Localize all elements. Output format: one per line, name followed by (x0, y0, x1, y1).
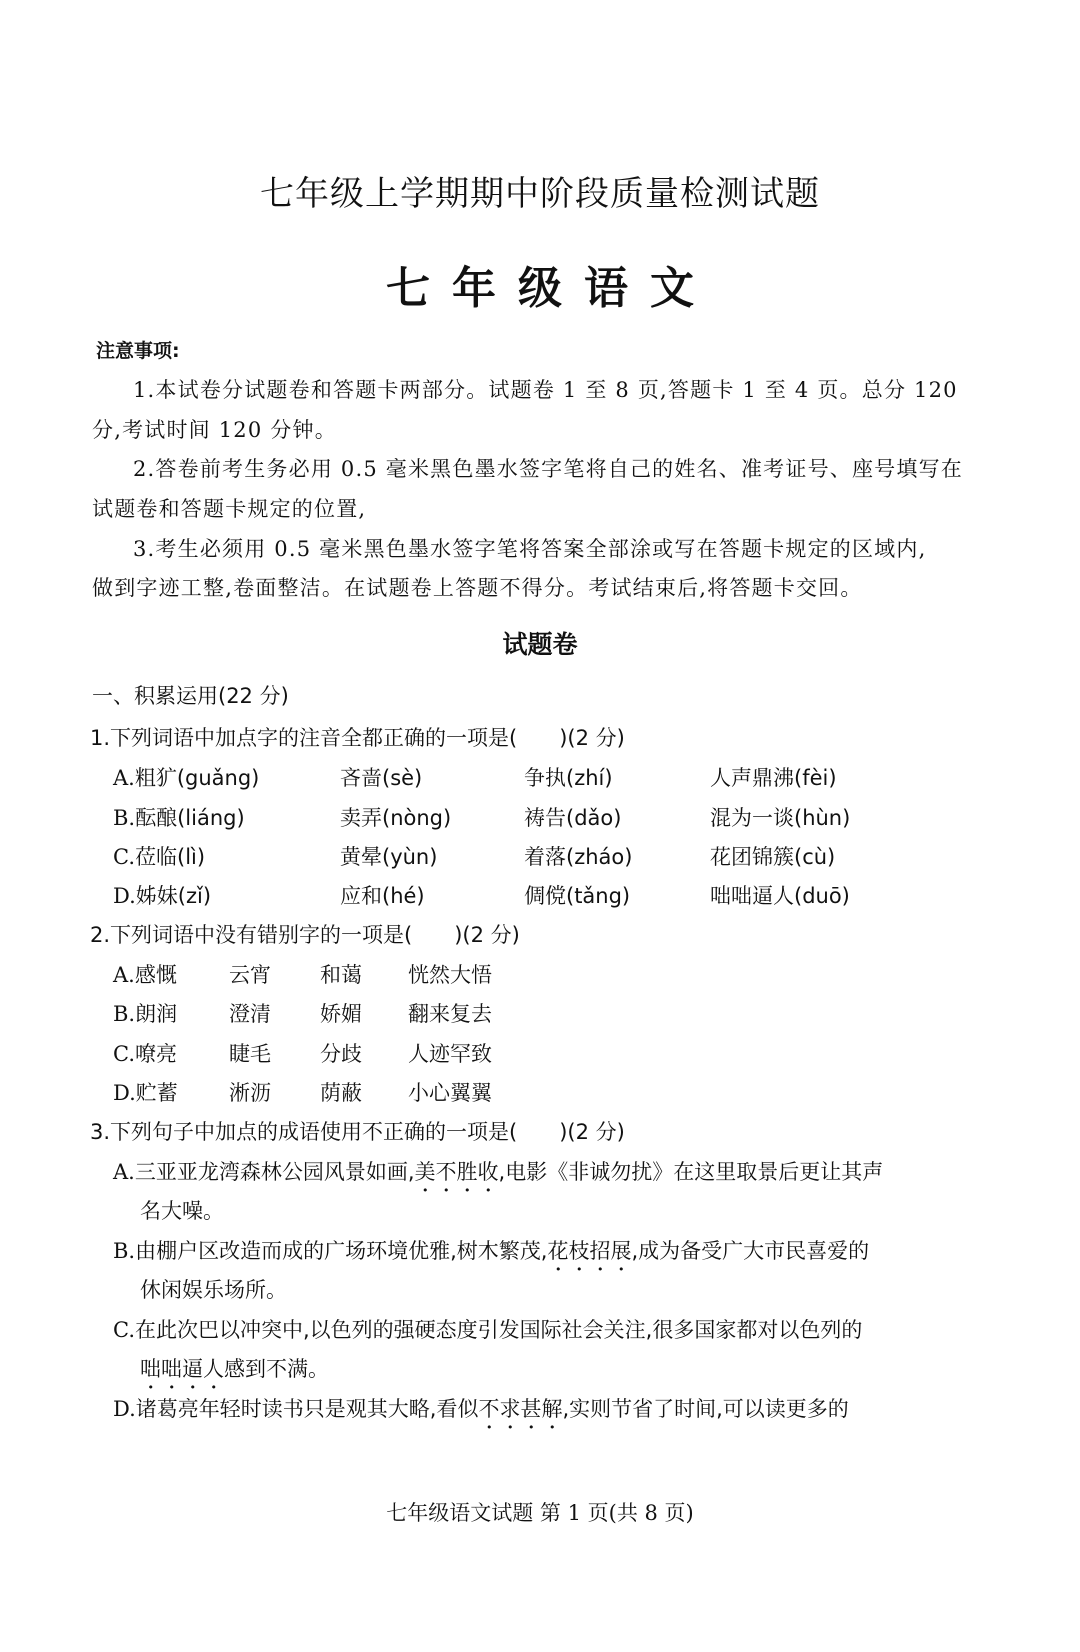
option-item: 澄清 (229, 998, 271, 1028)
exam-title: 七年级上学期期中阶段质量检测试题 (0, 166, 1080, 215)
option-label: D. (113, 884, 136, 908)
q2-option-a: A.感慨 (113, 959, 177, 989)
option-label: A. (113, 963, 135, 987)
question-2-stem: 2.下列词语中没有错别字的一项是( )(2 分) (90, 919, 520, 949)
q1-option-a: A.粗犷(guǎng) (113, 762, 259, 792)
option-item: 粗犷(guǎng) (135, 766, 260, 790)
q3-option-c-line2: 咄咄逼人感到不满。 (140, 1353, 329, 1394)
option-item: 感慨 (135, 963, 177, 987)
option-text: ,实则节省了时间,可以读更多的 (562, 1397, 848, 1421)
option-item: 云宵 (229, 959, 271, 989)
q3-option-d-line1: D.诸葛亮年轻时读书只是观其大略,看似不求甚解,实则节省了时间,可以读更多的 (113, 1393, 849, 1434)
option-item: 祷告(dǎo) (524, 802, 621, 832)
option-label: D. (113, 1397, 136, 1421)
option-text: 在此次巴以冲突中,以色列的强硬态度引发国际社会关注,很多国家都对以色列的 (135, 1318, 862, 1342)
option-item: 卖弄(nòng) (340, 802, 451, 832)
option-label: C. (113, 1042, 135, 1066)
note-1-line1: 1.本试卷分试题卷和答题卡两部分。试题卷 1 至 8 页,答题卡 1 至 4 页… (133, 374, 958, 404)
option-item: 荫蔽 (320, 1077, 362, 1107)
option-label: A. (113, 1160, 135, 1184)
dotted-idiom: 美不胜收 (415, 1160, 499, 1184)
option-item: 着落(zháo) (524, 841, 632, 871)
q3-option-a-line2: 名大噪。 (140, 1195, 224, 1225)
option-text: ,电影《非诚勿扰》在这里取景后更让其声 (499, 1160, 884, 1184)
option-item: 恍然大悟 (408, 959, 492, 989)
option-item: 嘹亮 (135, 1042, 177, 1066)
option-text: 三亚亚龙湾森林公园风景如画, (135, 1160, 415, 1184)
option-item: 酝酿(liáng) (135, 806, 245, 830)
option-label: C. (113, 845, 135, 869)
option-item: 人声鼎沸(fèi) (710, 762, 837, 792)
q1-option-c: C.莅临(lì) (113, 841, 205, 871)
q2-option-c: C.嘹亮 (113, 1038, 177, 1068)
option-item: 翻来复去 (408, 998, 492, 1028)
exam-page: 七年级上学期期中阶段质量检测试题 七年级语文 注意事项: 1.本试卷分试题卷和答… (0, 0, 1080, 1652)
dotted-idiom: 咄咄逼人 (140, 1357, 224, 1381)
subject-title: 七年级语文 (0, 252, 1080, 316)
q3-option-b-line1: B.由棚户区改造而成的广场环境优雅,树木繁茂,花枝招展,成为备受广大市民喜爱的 (113, 1235, 869, 1276)
option-item: 小心翼翼 (408, 1077, 492, 1107)
option-item: 应和(hé) (340, 880, 425, 910)
option-label: A. (113, 766, 135, 790)
option-item: 倜傥(tǎng) (524, 880, 630, 910)
note-2-line2: 试题卷和答题卡规定的位置, (92, 493, 366, 523)
note-3-line1: 3.考生必须用 0.5 毫米黑色墨水签字笔将答案全部涂或写在答题卡规定的区域内, (133, 533, 926, 563)
page-footer: 七年级语文试题 第 1 页(共 8 页) (0, 1497, 1080, 1527)
option-label: B. (113, 1002, 135, 1026)
q3-option-c-line1: C.在此次巴以冲突中,以色列的强硬态度引发国际社会关注,很多国家都对以色列的 (113, 1314, 862, 1344)
question-1-stem: 1.下列词语中加点字的注音全都正确的一项是( )(2 分) (90, 722, 625, 752)
option-item: 吝啬(sè) (340, 762, 422, 792)
option-item: 睫毛 (229, 1038, 271, 1068)
q2-option-b: B.朗润 (113, 998, 177, 1028)
option-item: 淅沥 (229, 1077, 271, 1107)
option-item: 贮蓄 (136, 1081, 178, 1105)
option-label: B. (113, 1239, 135, 1263)
option-text: ,成为备受广大市民喜爱的 (631, 1239, 869, 1263)
option-item: 争执(zhí) (524, 762, 613, 792)
section-title: 试题卷 (0, 625, 1080, 661)
option-item: 姊妹(zǐ) (136, 884, 211, 908)
option-text: 由棚户区改造而成的广场环境优雅,树木繁茂, (135, 1239, 547, 1263)
note-2-line1: 2.答卷前考生务必用 0.5 毫米黑色墨水签字笔将自己的姓名、准考证号、座号填写… (133, 453, 963, 483)
option-item: 和蔼 (320, 959, 362, 989)
option-label: C. (113, 1318, 135, 1342)
note-1-line2: 分,考试时间 120 分钟。 (92, 414, 337, 444)
question-3-stem: 3.下列句子中加点的成语使用不正确的一项是( )(2 分) (90, 1116, 625, 1146)
notes-heading: 注意事项: (96, 336, 180, 363)
note-3-line2: 做到字迹工整,卷面整洁。在试题卷上答题不得分。考试结束后,将答题卡交回。 (92, 572, 863, 602)
option-text: 感到不满。 (224, 1357, 329, 1381)
q2-option-d: D.贮蓄 (113, 1077, 178, 1107)
option-label: B. (113, 806, 135, 830)
q1-option-b: B.酝酿(liáng) (113, 802, 245, 832)
option-item: 花团锦簇(cù) (710, 841, 835, 871)
option-text: 诸葛亮年轻时读书只是观其大略,看似 (136, 1397, 479, 1421)
option-item: 黄晕(yùn) (340, 841, 437, 871)
q1-option-d: D.姊妹(zǐ) (113, 880, 211, 910)
q3-option-b-line2: 休闲娱乐场所。 (140, 1274, 287, 1304)
option-item: 娇媚 (320, 998, 362, 1028)
q3-option-a-line1: A.三亚亚龙湾森林公园风景如画,美不胜收,电影《非诚勿扰》在这里取景后更让其声 (113, 1156, 883, 1197)
option-item: 莅临(lì) (135, 845, 205, 869)
option-item: 咄咄逼人(duō) (710, 880, 850, 910)
part-heading: 一、积累运用(22 分) (92, 680, 289, 710)
option-item: 人迹罕致 (408, 1038, 492, 1068)
dotted-idiom: 花枝招展 (547, 1239, 631, 1263)
dotted-idiom: 不求甚解 (478, 1397, 562, 1421)
option-item: 分歧 (320, 1038, 362, 1068)
option-item: 朗润 (135, 1002, 177, 1026)
option-label: D. (113, 1081, 136, 1105)
option-item: 混为一谈(hùn) (710, 802, 850, 832)
